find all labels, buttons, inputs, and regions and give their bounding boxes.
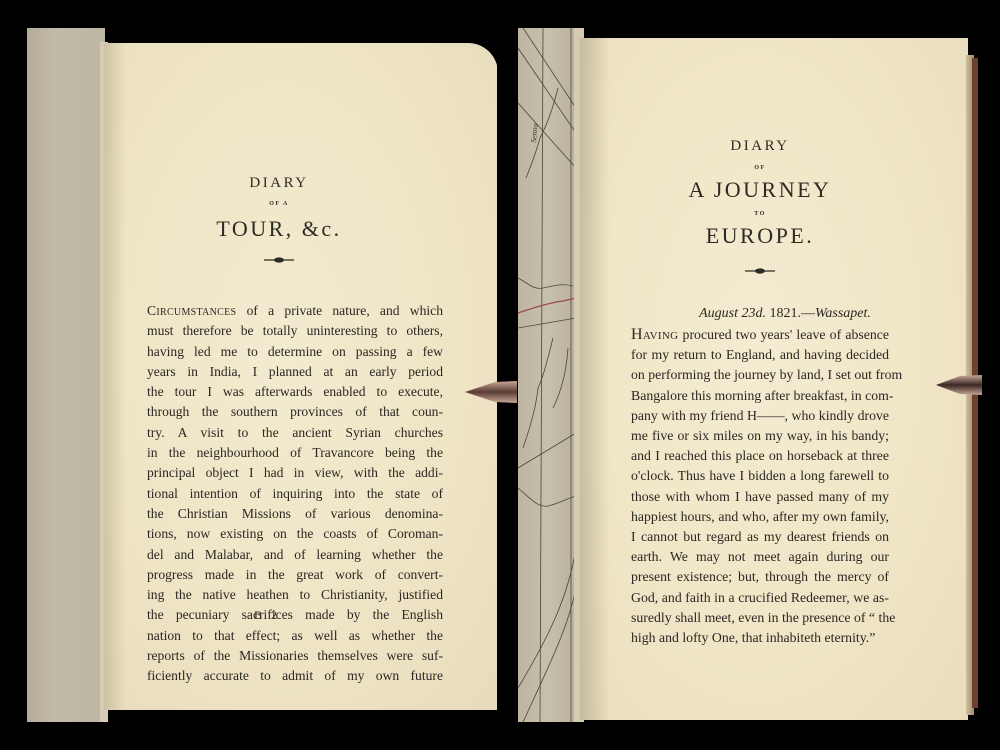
left-opening-small-caps: Circumstances — [147, 303, 236, 318]
text-line: must therefore be totally uninteresting … — [147, 321, 443, 341]
text-line: ficiently accurate to admit of my own fu… — [147, 666, 443, 686]
dateline: August 23d. 1821.—Wassapet. — [635, 306, 935, 322]
right-title-europe: EUROPE. — [610, 223, 910, 249]
left-body-text: Circumstances of a private nature, and w… — [147, 301, 443, 687]
right-opening-small-caps: Having — [631, 326, 678, 343]
text-line: ing the native heathen to Christianity, … — [147, 585, 443, 605]
text-line: try. A visit to the ancient Syrian churc… — [147, 423, 443, 443]
left-title-block: DIARY OF A TOUR, &c. — [104, 175, 454, 264]
text-line: me five or six miles on my way, in his b… — [631, 426, 889, 446]
text-line: del and Malabar, and of learning whether… — [147, 545, 443, 565]
left-title-diary: DIARY — [104, 175, 454, 192]
show-through-text — [244, 98, 474, 158]
text-line: earth. We may not meet again during our — [631, 547, 889, 567]
text-line: in the neighbourhood of Travancore being… — [147, 443, 443, 463]
text-line: those with whom I have passed many of my — [631, 487, 889, 507]
text-line: present existence; but, through the merc… — [631, 567, 889, 587]
right-title-block: DIARY OF A JOURNEY TO EUROPE. — [610, 138, 910, 275]
left-book-flyleaf — [27, 28, 105, 722]
text-line: having led me to determine on passing a … — [147, 342, 443, 362]
ornament-rule-icon — [264, 256, 294, 264]
text-line: principal object I had in view, with the… — [147, 463, 443, 483]
bookmark-ribbon-icon — [465, 378, 517, 406]
text-line: the pecuniary sacrifices made by the Eng… — [147, 605, 443, 625]
map-route-line — [518, 298, 576, 313]
dateline-date: August 23d. — [699, 306, 766, 321]
folded-map-strip: Senna — [518, 28, 576, 722]
text-line: pany with my friend H——, who kindly drov… — [631, 406, 889, 426]
dateline-place: Wassapet. — [815, 306, 871, 321]
text-line: reports of the Missionaries themselves w… — [147, 646, 443, 666]
text-line: nation to that effect; as well as whethe… — [147, 626, 443, 646]
text-line: happiest hours, and who, after my own fa… — [631, 507, 889, 527]
signature-mark: B 2 — [254, 608, 280, 623]
text-line: suredly shall meet, even in the presence… — [631, 608, 889, 628]
bookmark-ribbon-icon — [936, 372, 982, 398]
text-line: for my return to England, and having dec… — [631, 345, 889, 365]
text-line: God, and faith in a crucified Redeemer, … — [631, 588, 889, 608]
text-line: high and lofty One, that inhabiteth eter… — [631, 628, 889, 648]
map-label: Senna — [529, 123, 540, 143]
text-line: o'clock. Thus have I bidden a long farew… — [631, 466, 889, 486]
right-title-a-journey: A JOURNEY — [610, 177, 910, 203]
left-title-of-a: OF A — [104, 201, 454, 207]
text-line: the tour I was afterwards enabled to exe… — [147, 382, 443, 402]
right-title-to: TO — [610, 211, 910, 217]
text-line: Bangalore this morning after breakfast, … — [631, 386, 889, 406]
left-title-tour: TOUR, &c. — [104, 216, 454, 242]
ornament-rule-icon — [745, 267, 775, 275]
text-line: through the southern provinces of that c… — [147, 402, 443, 422]
text-line: tional intention of inquiring into the s… — [147, 484, 443, 504]
right-body-text: Having procured two years' leave of abse… — [631, 325, 889, 648]
right-book-page: DIARY OF A JOURNEY TO EUROPE. August 23d… — [580, 38, 968, 720]
left-book-page: DIARY OF A TOUR, &c. Circumstances of a … — [104, 43, 498, 710]
map-lines-icon: Senna — [518, 28, 576, 722]
text-line: progress made in the great work of conve… — [147, 565, 443, 585]
text-line: the Christian Missions of various denomi… — [147, 504, 443, 524]
dateline-year: 1821.— — [766, 306, 815, 321]
right-title-diary: DIARY — [610, 138, 910, 155]
text-line: I cannot but regard as my dearest friend… — [631, 527, 889, 547]
text-line: on performing the journey by land, I set… — [631, 365, 889, 385]
text-line: tions, now existing on the coasts of Cor… — [147, 524, 443, 544]
right-title-of: OF — [610, 165, 910, 171]
text-line: years in India, I planned at an early pe… — [147, 362, 443, 382]
text-line: and I reached this place on horseback at… — [631, 446, 889, 466]
